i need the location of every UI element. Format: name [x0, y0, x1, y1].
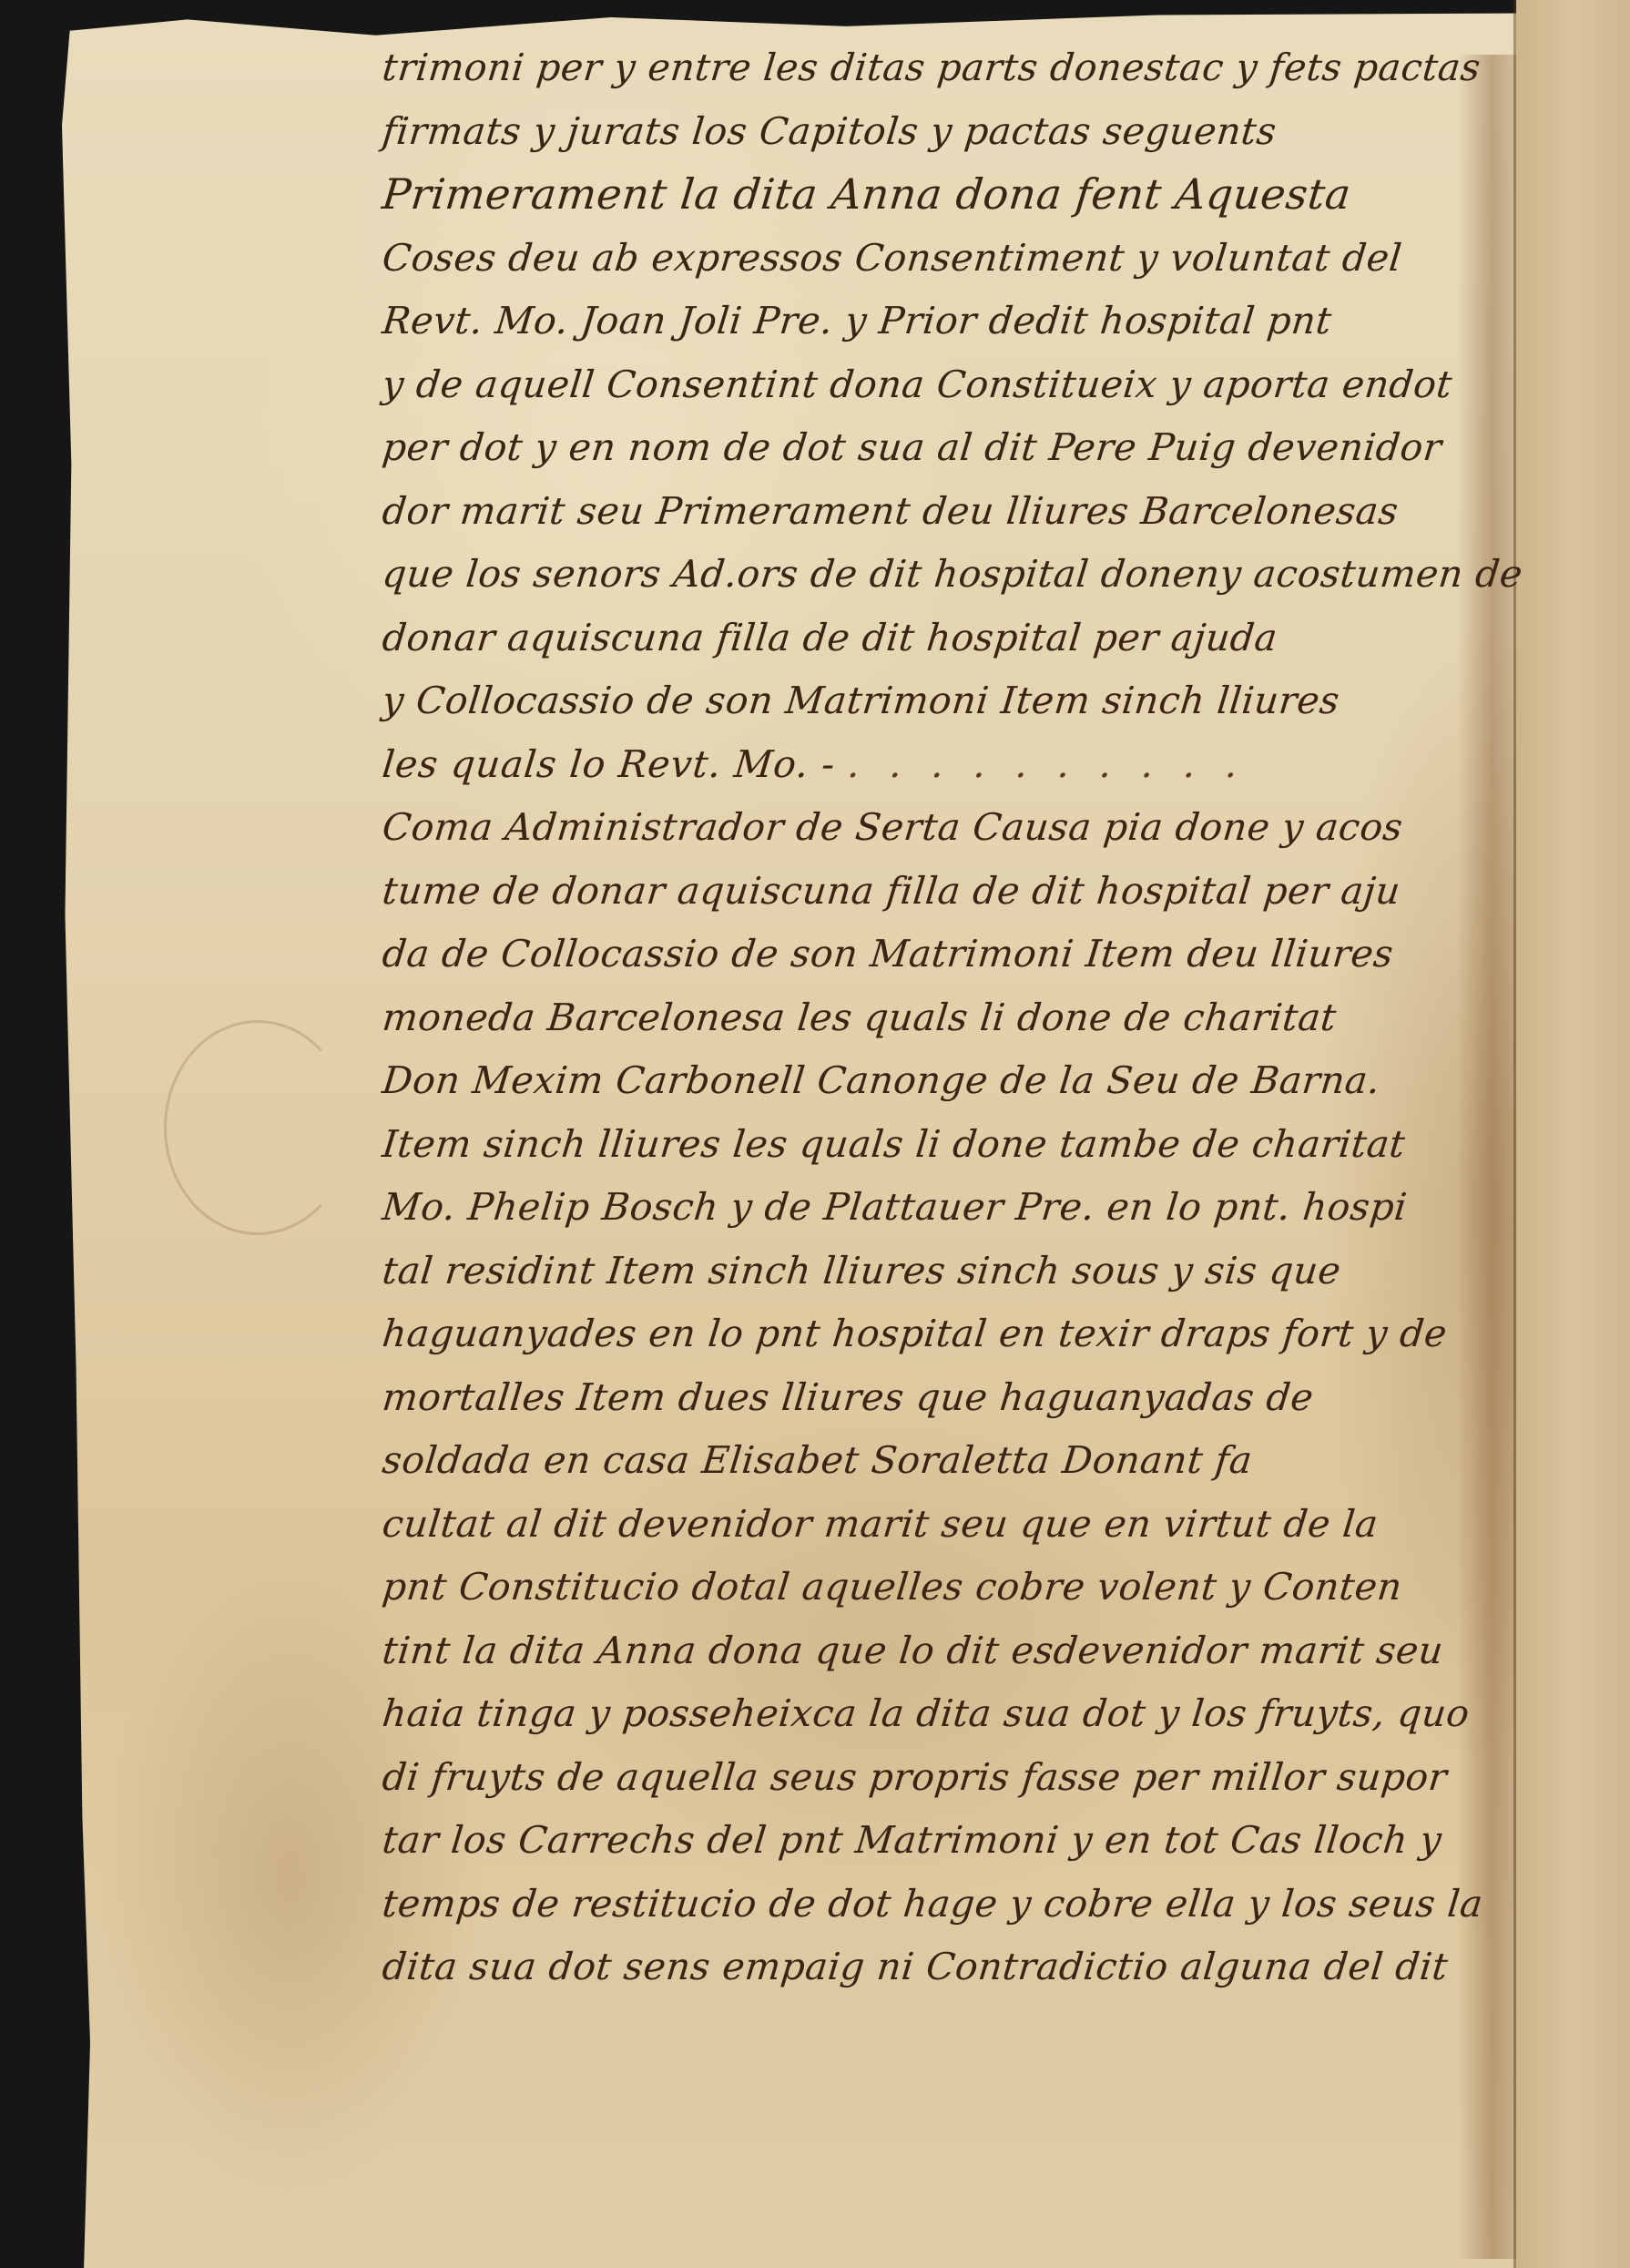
adjacent-leaf — [1516, 0, 1630, 2268]
text-line-22: mortalles Item dues lliures que haguanya… — [379, 1366, 1533, 1430]
faded-margin-stamp — [164, 1020, 351, 1235]
text-line-11: y Collocassio de son Matrimoni Item sinc… — [379, 669, 1533, 733]
text-line-15: da de Collocassio de son Matrimoni Item … — [379, 923, 1533, 986]
text-line-4: Coses deu ab expressos Consentiment y vo… — [379, 227, 1533, 291]
text-line-23: soldada en casa Elisabet Soraletta Donan… — [379, 1429, 1533, 1493]
text-line-17: Don Mexim Carbonell Canonge de la Seu de… — [379, 1049, 1533, 1113]
text-line-6: y de aquell Consentint dona Constitueix … — [379, 353, 1533, 417]
text-line-5: Revt. Mo. Joan Joli Pre. y Prior dedit h… — [379, 290, 1533, 353]
text-line-31: dita sua dot sens empaig ni Contradictio… — [379, 1936, 1533, 1999]
text-line-20: tal residint Item sinch lliures sinch so… — [379, 1240, 1533, 1303]
text-line-18: Item sinch lliures les quals li done tam… — [379, 1113, 1533, 1177]
handwritten-text-block: trimoni per y entre les ditas parts done… — [382, 36, 1530, 1999]
text-line-10: donar aquiscuna filla de dit hospital pe… — [379, 607, 1533, 670]
text-line-12-content: les quals lo Revt. Mo. - — [381, 742, 838, 786]
text-line-13: Coma Administrador de Serta Causa pia do… — [379, 796, 1533, 860]
text-line-7: per dot y en nom de dot sua al dit Pere … — [379, 416, 1533, 480]
text-line-27: haia tinga y posseheixca la dita sua dot… — [379, 1682, 1533, 1746]
text-line-1: trimoni per y entre les ditas parts done… — [379, 36, 1533, 100]
text-line-26: tint la dita Anna dona que lo dit esdeve… — [379, 1619, 1533, 1683]
manuscript-scan: trimoni per y entre les ditas parts done… — [0, 0, 1630, 2268]
text-line-9: que los senors Ad.ors de dit hospital do… — [379, 543, 1533, 607]
text-line-19: Mo. Phelip Bosch y de Plattauer Pre. en … — [379, 1176, 1533, 1240]
text-line-30: temps de restitucio de dot hage y cobre … — [379, 1873, 1533, 1936]
text-line-16: moneda Barcelonesa les quals li done de … — [379, 986, 1533, 1050]
text-line-24: cultat al dit devenidor marit seu que en… — [379, 1493, 1533, 1557]
text-line-29: tar los Carrechs del pnt Matrimoni y en … — [379, 1809, 1533, 1873]
text-line-8: dor marit seu Primerament deu lliures Ba… — [379, 480, 1533, 544]
ellipsis-dots: . . . . . . . . . . — [846, 742, 1249, 786]
text-line-25: pnt Constitucio dotal aquelles cobre vol… — [379, 1556, 1533, 1619]
text-line-2: firmats y jurats los Capitols y pactas s… — [379, 100, 1533, 164]
text-line-12: les quals lo Revt. Mo. - . . . . . . . .… — [379, 733, 1533, 797]
text-line-21: haguanyades en lo pnt hospital en texir … — [379, 1303, 1533, 1366]
text-line-28: di fruyts de aquella seus propris fasse … — [379, 1746, 1533, 1810]
text-line-3: Primerament la dita Anna dona fent Aques… — [379, 163, 1533, 227]
text-line-14: tume de donar aquiscuna filla de dit hos… — [379, 860, 1533, 924]
